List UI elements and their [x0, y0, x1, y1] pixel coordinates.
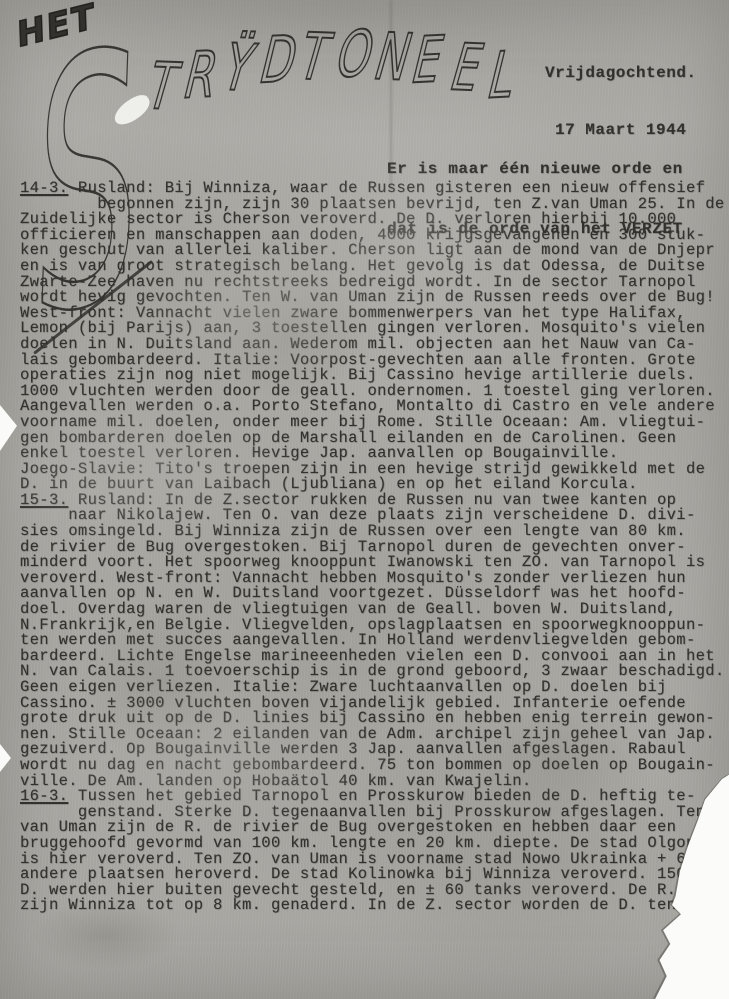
masthead-title-letter: E: [444, 36, 488, 101]
masthead-title-letter: L: [482, 43, 524, 108]
body-line: zijn Winniza tot op 8 km. genaderd. In d…: [20, 898, 726, 914]
masthead-title-letter: O: [330, 23, 372, 88]
motto-line-1: Er is maar één nieuwe orde en: [387, 159, 683, 179]
body-text: 14-3. Rusland: Bij Winniza, waar de Russ…: [20, 181, 726, 914]
torn-edge-left: [0, 744, 11, 772]
paper-background: HET S TRŸDTONEEL Vrijdagochtend. 17 Maar…: [0, 0, 729, 999]
torn-edge-left: [0, 405, 17, 451]
date-line-1: Vrijdagochtend.: [545, 64, 697, 83]
